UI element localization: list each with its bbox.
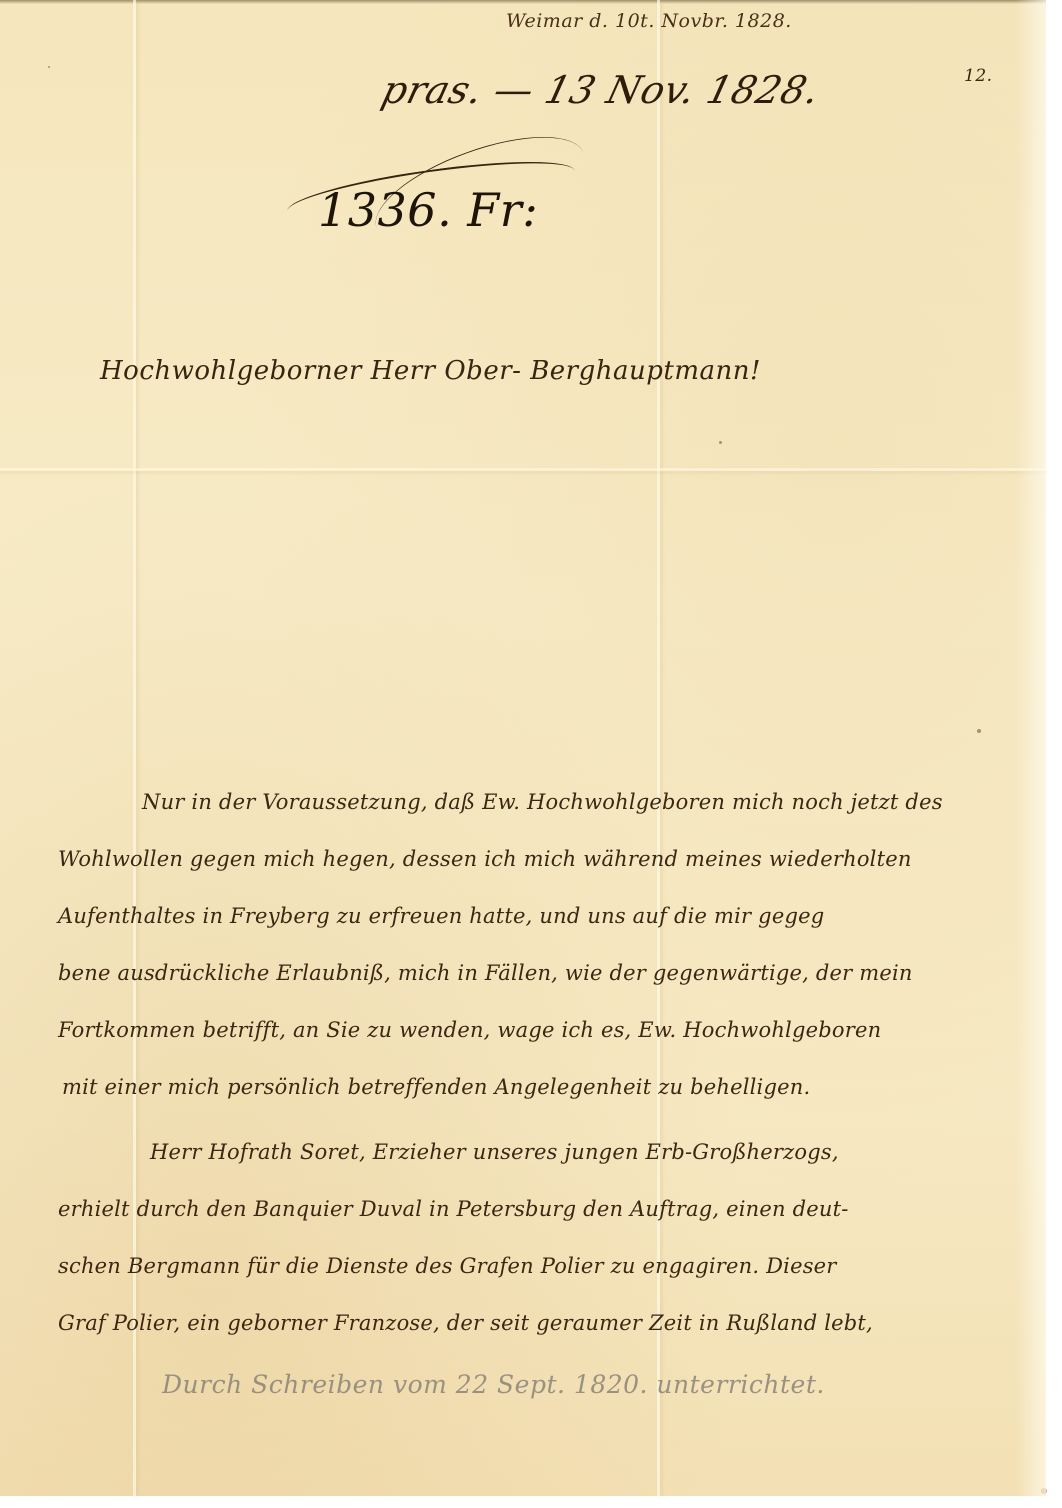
receipt-date-line: pras. — 13 Nov. 1828. [378, 68, 825, 112]
salutation: Hochwohlgeborner Herr Ober- Berghauptman… [100, 356, 761, 386]
pencil-annotation: Durch Schreiben vom 22 Sept. 1820. unter… [162, 1370, 825, 1399]
page-number: 12. [964, 66, 993, 86]
body-line: Wohlwollen gegen mich hegen, dessen ich … [58, 847, 912, 871]
body-line: schen Bergmann für die Dienste des Grafe… [58, 1254, 837, 1278]
ink-speck [977, 729, 981, 733]
body-line: erhielt durch den Banquier Duval in Pete… [58, 1197, 849, 1221]
ink-speck [1041, 1488, 1047, 1494]
archive-note: Weimar d. 10t. Novbr. 1828. [506, 10, 792, 32]
body-line: Herr Hofrath Soret, Erzieher unseres jun… [150, 1140, 839, 1164]
ink-speck [719, 441, 722, 444]
body-line: Aufenthaltes in Freyberg zu erfreuen hat… [58, 904, 824, 928]
body-line: Nur in der Voraussetzung, daß Ew. Hochwo… [142, 790, 943, 814]
letter-page: Weimar d. 10t. Novbr. 1828. pras. — 13 N… [0, 0, 1046, 1496]
fold-line-horizontal [0, 468, 1046, 471]
reference-number: 1336. Fr: [318, 183, 538, 237]
body-line: mit einer mich persönlich betreffenden A… [62, 1075, 810, 1099]
body-line: bene ausdrückliche Erlaubniß, mich in Fä… [58, 961, 913, 985]
body-line: Graf Polier, ein geborner Franzose, der … [58, 1311, 873, 1335]
ink-speck [48, 66, 50, 68]
scan-edge-shadow [0, 0, 1046, 4]
body-line: Fortkommen betrifft, an Sie zu wenden, w… [58, 1018, 881, 1042]
